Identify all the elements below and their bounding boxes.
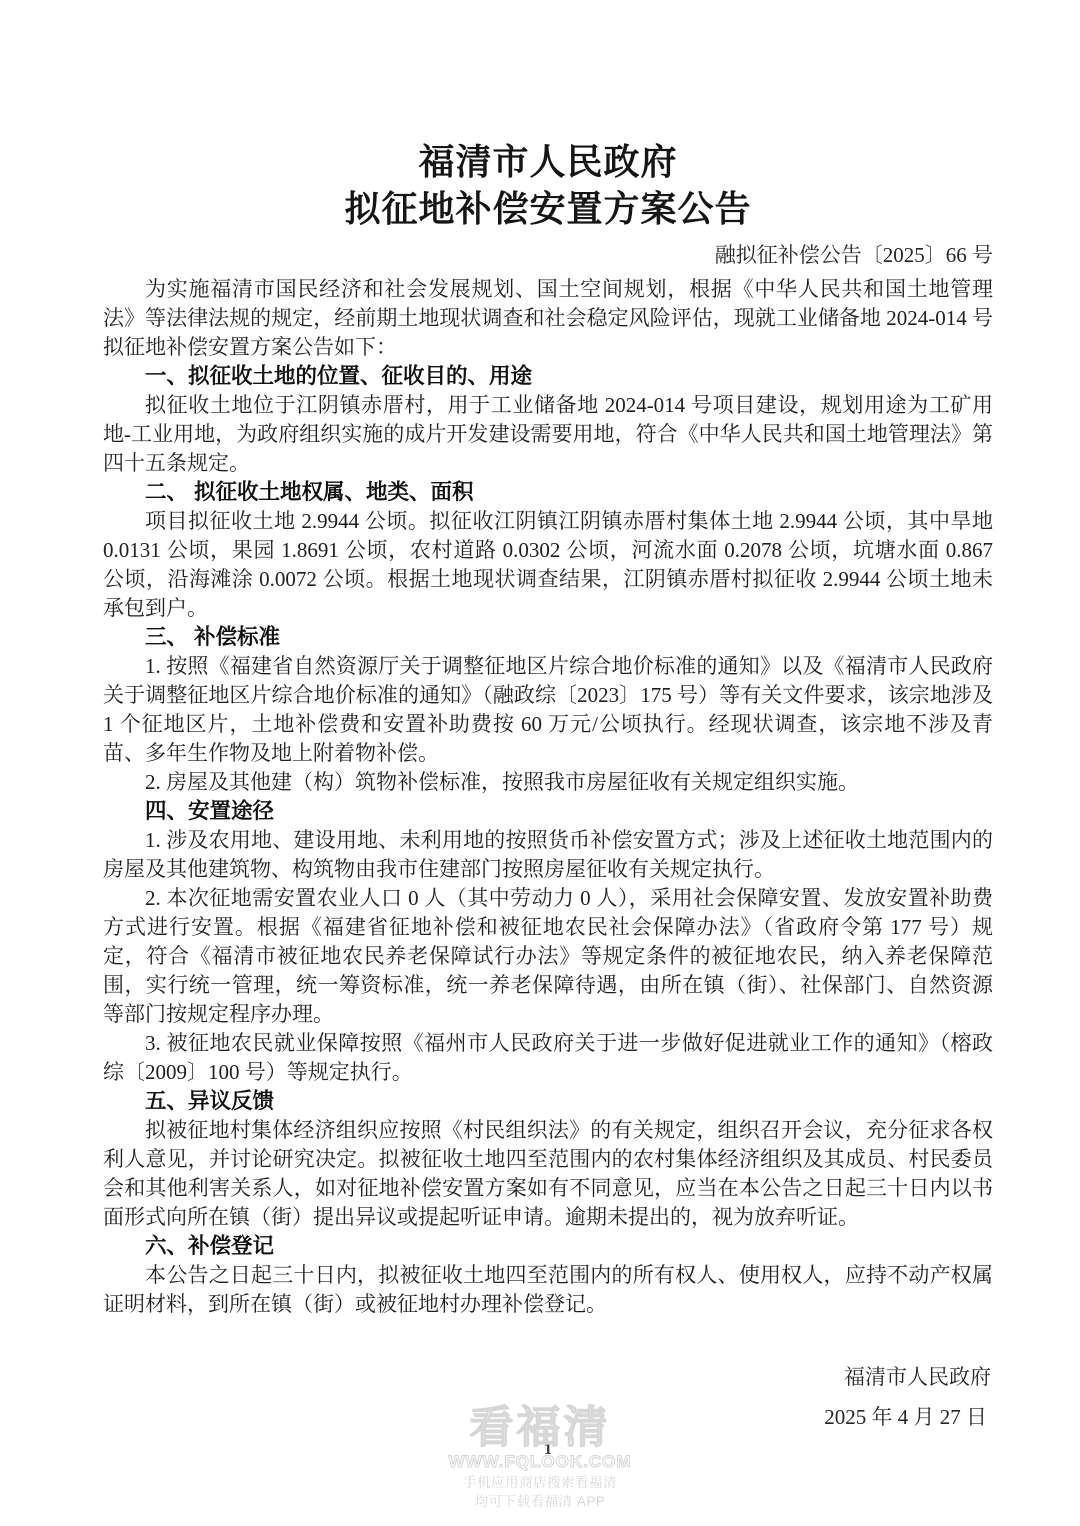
signature-date: 2025 年 4 月 27 日 [103, 1397, 993, 1437]
section-heading-5: 五、异议反馈 [103, 1087, 993, 1116]
paragraph: 本公告之日起三十日内，拟被征收土地四至范围内的所有权人、使用权人，应持不动产权属… [103, 1261, 993, 1319]
intro-paragraph: 为实施福清市国民经济和社会发展规划、国土空间规划，根据《中华人民共和国土地管理法… [103, 275, 993, 362]
signature-org: 福清市人民政府 [103, 1357, 993, 1397]
announcement-page: 福清市人民政府 拟征地补偿安置方案公告 融拟征补偿公告〔2025〕66 号 为实… [0, 0, 1080, 1526]
document-title: 福清市人民政府 拟征地补偿安置方案公告 [103, 138, 993, 232]
section-heading-6: 六、补偿登记 [103, 1232, 993, 1261]
paragraph: 1. 按照《福建省自然资源厅关于调整征地区片综合地价标准的通知》以及《福清市人民… [103, 652, 993, 768]
paragraph: 项目拟征收土地 2.9944 公顷。拟征收江阴镇江阴镇赤厝村集体土地 2.994… [103, 507, 993, 623]
paragraph: 1. 涉及农用地、建设用地、未利用地的按照货币补偿安置方式；涉及上述征收土地范围… [103, 826, 993, 884]
watermark-url: WWW.FQLOOK.COM [0, 1452, 1080, 1472]
watermark-note-2: 均可下载看福清 APP [0, 1494, 1080, 1510]
document-content: 福清市人民政府 拟征地补偿安置方案公告 融拟征补偿公告〔2025〕66 号 为实… [103, 0, 993, 1437]
paragraph: 2. 本次征地需安置农业人口 0 人（其中劳动力 0 人），采用社会保障安置、发… [103, 884, 993, 1029]
section-heading-2: 二、 拟征收土地权属、地类、面积 [103, 478, 993, 507]
paragraph: 拟被征地村集体经济组织应按照《村民组织法》的有关规定，组织召开会议，充分征求各权… [103, 1116, 993, 1232]
paragraph: 2. 房屋及其他建（构）筑物补偿标准，按照我市房屋征收有关规定组织实施。 [103, 768, 993, 797]
paragraph: 3. 被征地农民就业保障按照《福州市人民政府关于进一步做好促进就业工作的通知》（… [103, 1029, 993, 1087]
title-line-1: 福清市人民政府 [103, 138, 993, 185]
watermark-note-1: 手机应用商店搜索看福清 [0, 1475, 1080, 1491]
paragraph: 拟征收土地位于江阴镇赤厝村，用于工业储备地 2024-014 号项目建设，规划用… [103, 391, 993, 478]
title-line-2: 拟征地补偿安置方案公告 [103, 185, 993, 232]
page-number: 1 [544, 1441, 552, 1459]
signature-block: 福清市人民政府 2025 年 4 月 27 日 [103, 1357, 993, 1437]
doc-number: 融拟征补偿公告〔2025〕66 号 [103, 240, 993, 270]
section-heading-3: 三、 补偿标准 [103, 623, 993, 652]
section-heading-1: 一、拟征收土地的位置、征收目的、用途 [103, 362, 993, 391]
document-body: 为实施福清市国民经济和社会发展规划、国土空间规划，根据《中华人民共和国土地管理法… [103, 275, 993, 1319]
section-heading-4: 四、安置途径 [103, 797, 993, 826]
